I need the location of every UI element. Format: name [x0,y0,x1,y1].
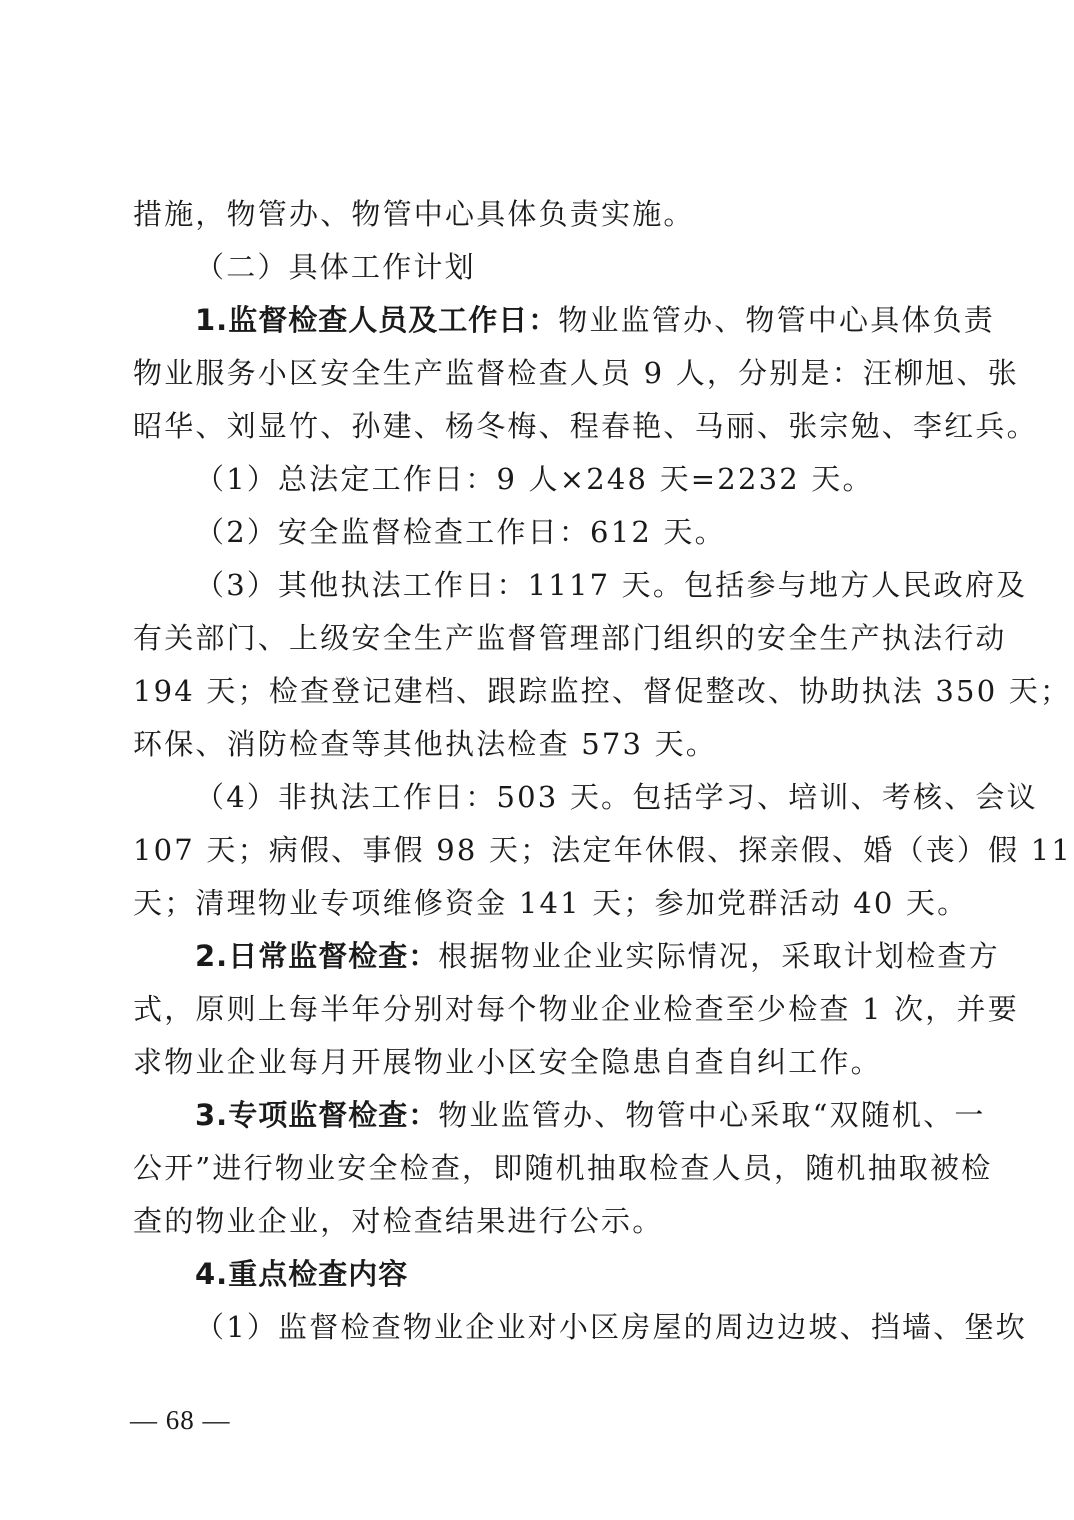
list-item-slope-inspection: （1）监督检查物业企业对小区房屋的周边边坡、挡墙、堡坎 [133,1301,945,1354]
body-text: （2）安全监督检查工作日：612 天。 [195,515,726,549]
paragraph-line: 式，原则上每半年分别对每个物业企业检查至少检查 1 次，并要 [133,983,945,1036]
body-text: （1）监督检查物业企业对小区房屋的周边边坡、挡墙、堡坎 [195,1310,1027,1344]
heading-text: （二）具体工作计划 [195,250,476,284]
body-text: 根据物业企业实际情况，采取计划检查方 [438,939,1000,973]
page-number: — 68 — [130,1402,231,1438]
paragraph-line: 求物业企业每月开展物业小区安全隐患自查自纠工作。 [133,1036,945,1089]
list-item-other-enforcement: （3）其他执法工作日：1117 天。包括参与地方人民政府及 [133,559,945,612]
body-text: 式，原则上每半年分别对每个物业企业检查至少检查 1 次，并要 [133,992,1019,1026]
body-text: 环保、消防检查等其他执法检查 573 天。 [133,727,717,761]
subheading-key-inspection-content: 4.重点检查内容 [195,1257,408,1291]
paragraph-line: 天；清理物业专项维修资金 141 天；参加党群活动 40 天。 [133,877,945,930]
body-text: 有关部门、上级安全生产监督管理部门组织的安全生产执法行动 [133,621,1007,655]
paragraph-line: 107 天；病假、事假 98 天；法定年休假、探亲假、婚（丧）假 117 [133,824,945,877]
body-text: 求物业企业每月开展物业小区安全隐患自查自纠工作。 [133,1045,882,1079]
paragraph-line: 2.日常监督检查：根据物业企业实际情况，采取计划检查方 [133,930,945,983]
paragraph-line: 昭华、刘显竹、孙建、杨冬梅、程春艳、马丽、张宗勉、李红兵。 [133,400,945,453]
body-text: （4）非执法工作日：503 天。包括学习、培训、考核、会议 [195,780,1038,814]
subheading-inspectors-workdays: 1.监督检查人员及工作日： [195,303,558,337]
body-text: （1）总法定工作日：9 人×248 天=2232 天。 [195,462,874,496]
body-text: 物业监管办、物管中心具体负责 [558,303,995,337]
body-text: 公开”进行物业安全检查，即随机抽取检查人员，随机抽取被检 [133,1151,992,1185]
paragraph-line: 查的物业企业，对检查结果进行公示。 [133,1195,945,1248]
body-text: 194 天；检查登记建档、跟踪监控、督促整改、协助执法 350 天； [133,674,1071,708]
body-text: 物业服务小区安全生产监督检查人员 9 人，分别是：汪柳旭、张 [133,356,1019,390]
body-text: 查的物业企业，对检查结果进行公示。 [133,1204,663,1238]
paragraph-line: 1.监督检查人员及工作日：物业监管办、物管中心具体负责 [133,294,945,347]
list-item-safety-workdays: （2）安全监督检查工作日：612 天。 [133,506,945,559]
paragraph-line: 环保、消防检查等其他执法检查 573 天。 [133,718,945,771]
body-text: 107 天；病假、事假 98 天；法定年休假、探亲假、婚（丧）假 117 [133,833,1074,867]
body-text: 昭华、刘显竹、孙建、杨冬梅、程春艳、马丽、张宗勉、李红兵。 [133,409,1038,443]
body-text: 物业监管办、物管中心采取“双随机、一 [438,1098,985,1132]
subheading-daily-inspection: 2.日常监督检查： [195,939,438,973]
paragraph-line: 4.重点检查内容 [133,1248,945,1301]
paragraph-line: 有关部门、上级安全生产监督管理部门组织的安全生产执法行动 [133,612,945,665]
paragraph-line: 措施，物管办、物管中心具体负责实施。 [133,188,945,241]
paragraph-line: 3.专项监督检查：物业监管办、物管中心采取“双随机、一 [133,1089,945,1142]
paragraph-line: 公开”进行物业安全检查，即随机抽取检查人员，随机抽取被检 [133,1142,945,1195]
subheading-special-inspection: 3.专项监督检查： [195,1098,438,1132]
list-item-non-enforcement: （4）非执法工作日：503 天。包括学习、培训、考核、会议 [133,771,945,824]
document-page: 措施，物管办、物管中心具体负责实施。 （二）具体工作计划 1.监督检查人员及工作… [133,188,945,1354]
body-text: 天；清理物业专项维修资金 141 天；参加党群活动 40 天。 [133,886,968,920]
paragraph-line: 物业服务小区安全生产监督检查人员 9 人，分别是：汪柳旭、张 [133,347,945,400]
body-text: 措施，物管办、物管中心具体负责实施。 [133,197,695,231]
list-item-total-workdays: （1）总法定工作日：9 人×248 天=2232 天。 [133,453,945,506]
paragraph-line: 194 天；检查登记建档、跟踪监控、督促整改、协助执法 350 天； [133,665,945,718]
body-text: （3）其他执法工作日：1117 天。包括参与地方人民政府及 [195,568,1027,602]
section-heading-specific-plan: （二）具体工作计划 [133,241,945,294]
